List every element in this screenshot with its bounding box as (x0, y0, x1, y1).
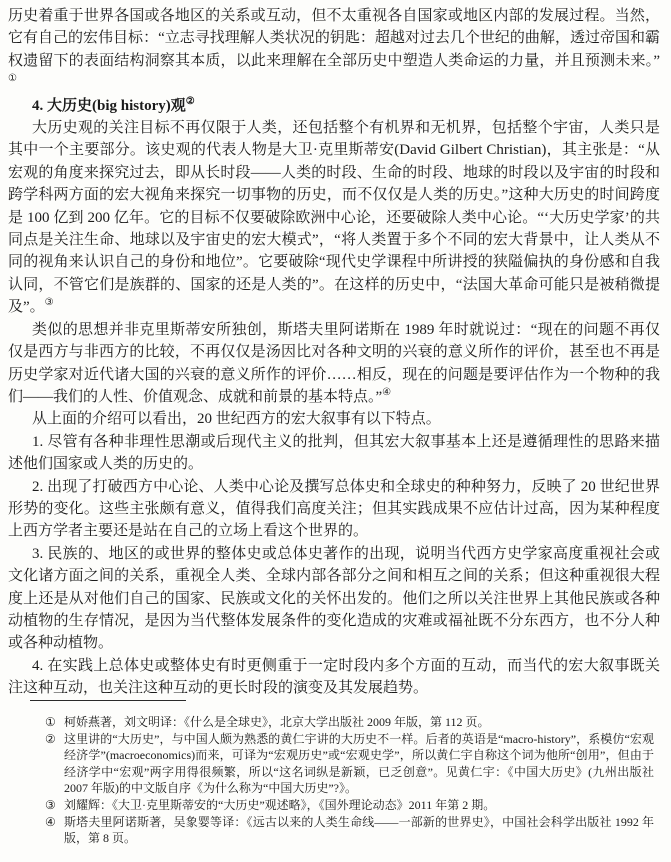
footnote-text: 这里讲的“大历史”，与中国人颇为熟悉的黄仁宇讲的大历史不一样。后者的英语是“ma… (64, 731, 654, 797)
page-body: 历史着重于世界各国或各地区的关系或互动，但不太重视各自国家或地区内部的发展过程。… (8, 5, 660, 700)
footnote-separator-rule (30, 700, 186, 701)
footnote-marker: ① (45, 714, 64, 731)
document-page: 历史着重于世界各国或各地区的关系或互动，但不太重视各自国家或地区内部的发展过程。… (0, 0, 671, 862)
footnote-marker: ④ (45, 814, 64, 847)
paragraph-point-3: 3. 民族的、地区的或世界的整体史或总体史著作的出现，说明当代西方史学家高度重视… (8, 543, 660, 655)
heading-text: 4. 大历史(big history)观 (32, 98, 186, 114)
footnote-ref-2: ② (186, 96, 195, 107)
paragraph-text: 类似的思想并非克里斯蒂安所独创，斯塔夫里阿诺斯在 1989 年时就说过：“现在的… (8, 322, 660, 405)
footnote-3: ③ 刘耀辉：《大卫·克里斯蒂安的“大历史”观述略》，《国外理论动态》2011 年… (45, 797, 654, 814)
paragraph-point-1: 1. 尽管有各种非理性思潮或后现代主义的批判，但其宏大叙事基本上还是遵循理性的思… (8, 431, 660, 476)
paragraph-text: 历史着重于世界各国或各地区的关系或互动，但不太重视各自国家或地区内部的发展过程。… (8, 8, 660, 69)
footnote-section: ① 柯娇燕著，刘文明译：《什么是全球史》，北京大学出版社 2009 年版，第 1… (8, 700, 658, 847)
footnote-ref-1: ① (8, 73, 17, 84)
footnote-1: ① 柯娇燕著，刘文明译：《什么是全球史》，北京大学出版社 2009 年版，第 1… (45, 714, 654, 731)
footnote-ref-4: ④ (382, 387, 391, 398)
paragraph-summary-lead: 从上面的介绍可以看出，20 世纪西方的宏大叙事有以下特点。 (8, 408, 660, 430)
paragraph-point-4: 4. 在实践上总体史或整体史有时更侧重于一定时段内多个方面的互动，而当代的宏大叙… (8, 655, 660, 700)
paragraph-text: 大历史观的关注目标不再仅限于人类，还包括整个有机界和无机界，包括整个宇宙，人类只… (8, 120, 660, 315)
footnote-2: ② 这里讲的“大历史”，与中国人颇为熟悉的黄仁宇讲的大历史不一样。后者的英语是“… (45, 731, 654, 797)
paragraph-big-history-view: 大历史观的关注目标不再仅限于人类，还包括整个有机界和无机界，包括整个宇宙，人类只… (8, 117, 660, 319)
footnote-marker: ③ (45, 797, 64, 814)
footnote-text: 柯娇燕著，刘文明译：《什么是全球史》，北京大学出版社 2009 年版，第 112… (64, 714, 654, 731)
footnote-ref-3: ③ (45, 297, 54, 308)
paragraph-stavrianos-quote: 类似的思想并非克里斯蒂安所独创，斯塔夫里阿诺斯在 1989 年时就说过：“现在的… (8, 319, 660, 409)
paragraph-point-2: 2. 出现了打破西方中心论、人类中心论及撰写总体史和全球史的种种努力，反映了 2… (8, 476, 660, 543)
footnote-text: 刘耀辉：《大卫·克里斯蒂安的“大历史”观述略》，《国外理论动态》2011 年第 … (64, 797, 654, 814)
footnote-4: ④ 斯塔夫里阿诺斯著，吴象婴等译：《远古以来的人类生命线——一部新的世界史》，中… (45, 814, 654, 847)
paragraph-intro-continuation: 历史着重于世界各国或各地区的关系或互动，但不太重视各自国家或地区内部的发展过程。… (8, 5, 660, 95)
footnote-list: ① 柯娇燕著，刘文明译：《什么是全球史》，北京大学出版社 2009 年版，第 1… (8, 714, 658, 847)
heading-big-history: 4. 大历史(big history)观② (8, 95, 660, 117)
footnote-marker: ② (45, 731, 64, 797)
footnote-text: 斯塔夫里阿诺斯著，吴象婴等译：《远古以来的人类生命线——一部新的世界史》，中国社… (64, 814, 654, 847)
